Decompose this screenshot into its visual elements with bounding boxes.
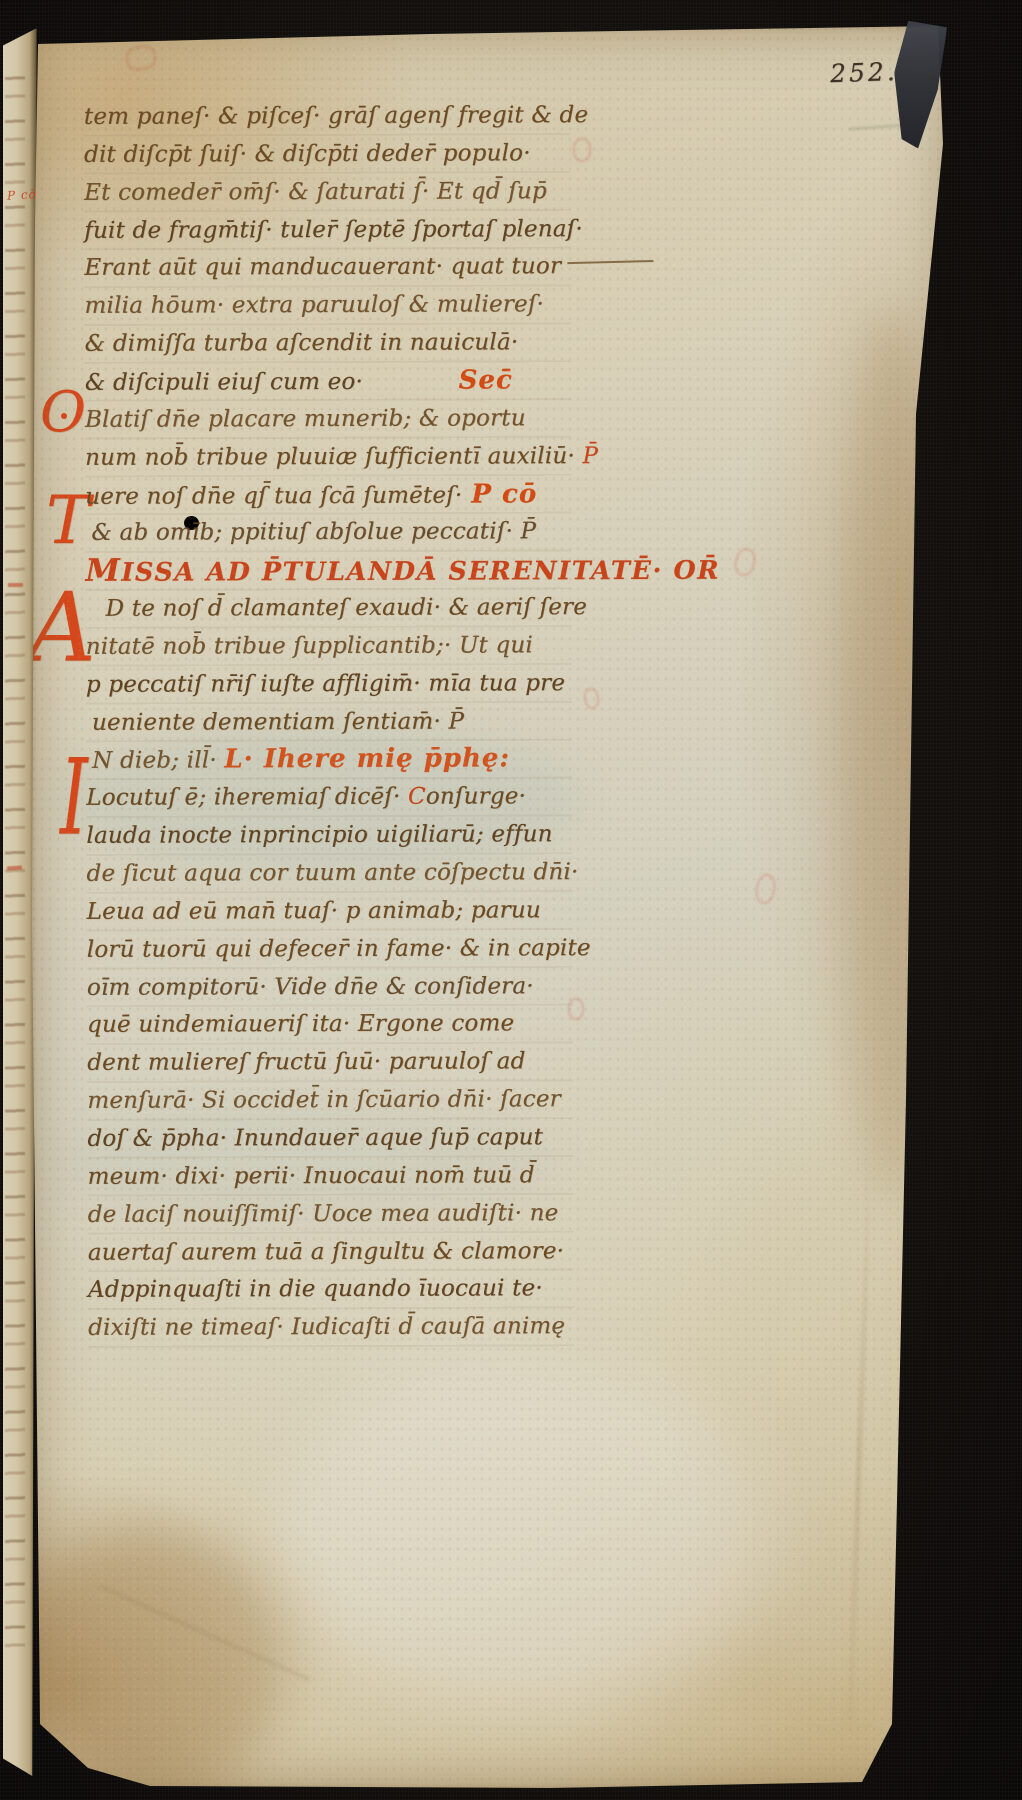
crease (100, 1585, 311, 1680)
text-segment: & ab omīb; ppitiuſ abſolue peccatiſ· P̄ (91, 514, 536, 553)
text-segment: p peccatiſ nr̄iſ iuſte affligim̄· mīa tu… (86, 665, 565, 705)
text-segment: auertaſ aurem tuā a ſingultu & clamore· (88, 1233, 564, 1273)
text-line: lorū tuorū qui defecer̄ in fame· & in ca… (87, 930, 573, 970)
text-line: milia hōum· extra paruuloſ & muliereſ· (84, 286, 570, 326)
text-line: ueniente dementiam ſentiam̄· P̄ (92, 703, 578, 743)
text-line: MISSA AD P̄TULANDĀ SERENITATĒ· OR̄ (85, 551, 571, 591)
text-line: & diſcipuli eiuſ cum eo·Sec̄ (85, 362, 571, 402)
show-through-mark (573, 138, 591, 162)
manuscript-page: 252. O T A I tem paneſ· & piſceſ· grāſ a… (30, 24, 950, 1790)
text-segment: dit diſcp̄t ſuiſ· & diſcp̄ti deder̄ popu… (84, 135, 531, 174)
stain (10, 1524, 290, 1794)
text-line: nitatē nob̄ tribue ſupplicantib;· Ut qui (86, 627, 572, 667)
folio-number: 252. (830, 57, 899, 88)
text-line: de laciſ nouiſſimiſ· Uoce mea audiſti· n… (88, 1195, 574, 1235)
text-segment: Leua ad eū man̄ tuaſ· p animab; paruu (87, 892, 541, 931)
text-segment: N dieb; ill̄· (92, 743, 224, 781)
text-line: Blatiſ dn̄e placare munerib; & oportu (85, 400, 571, 440)
text-line: Leua ad eū man̄ tuaſ· p animab; paruu (87, 892, 573, 932)
initial-O: O (40, 380, 86, 445)
initial-I: I (60, 736, 88, 859)
text-line: dit diſcp̄t ſuiſ· & diſcp̄ti deder̄ popu… (84, 135, 570, 175)
show-through-mark (754, 873, 778, 906)
text-segment: & diſcipuli eiuſ cum eo· (85, 364, 363, 403)
text-segment: dixiſti ne timeaſ· Iudicaſti d̄ cauſā an… (88, 1308, 565, 1348)
text-line: oīm compitorū· Vide dn̄e & conſidera· (87, 968, 573, 1008)
faint-red-mark (124, 44, 158, 73)
text-line: uere noſ dn̄e qſ̄ tua ſcā ſumēteſ·P cō (85, 476, 571, 516)
text-segment: & dimiſſa turba aſcendit in nauiculā· (85, 324, 519, 363)
text-segment: Sec̄ (459, 362, 513, 400)
text-line: Erant aūt qui manducauerant· quat tuor (84, 249, 570, 289)
text-segment: fuit de fragm̄tiſ· tuler̄ ſeptē ſportaſ … (84, 211, 583, 251)
text-segment: P̄ (582, 438, 598, 476)
text-line: N dieb; ill̄· L· Ihere mię p̄phę: (92, 741, 578, 781)
text-line: fuit de fragm̄tiſ· tuler̄ ſeptē ſportaſ … (84, 211, 570, 251)
text-segment: L· (224, 742, 264, 780)
text-line: auertaſ aurem tuā a ſingultu & clamore· (88, 1233, 574, 1273)
text-segment: tem paneſ· & piſceſ· grāſ agenſ fregit &… (84, 97, 589, 137)
text-line: lauda inocte inprincipio uigiliarū; effu… (86, 816, 572, 856)
text-segment: oīm compitorū· Vide dn̄e & conſidera· (87, 968, 534, 1007)
gutter-red-mark (8, 583, 23, 587)
text-segment: menſurā· Si occidet̄ in ſcūario dn̄i· ſa… (87, 1081, 561, 1120)
text-line: num nob̄ tribue pluuiæ ſufficientī auxil… (85, 438, 571, 478)
photograph-of-manuscript: { "folio": { "number": "252." }, "gutter… (0, 0, 1022, 1800)
text-segment: Ihere mię p̄phę: (264, 741, 510, 780)
text-line: doſ & p̄pha· Inundauer̄ aque ſup̄ caput (87, 1119, 573, 1159)
text-line: dent muliereſ fructū ſuū· paruuloſ ad (87, 1043, 573, 1083)
gutter-text-fragment: P cō (7, 187, 38, 203)
text-segment: lauda inocte inprincipio uigiliarū; effu… (86, 816, 552, 855)
text-line: Et comeder̄ om̄ſ· & ſaturati ſ̄· Et qd̄ … (84, 173, 570, 213)
text-segment: M (85, 553, 121, 591)
text-segment: P cō (471, 476, 537, 514)
text-segment: Adppinquaſti in die quando īuocaui te· (88, 1271, 543, 1310)
gutter-red-mark (7, 865, 22, 870)
text-line: de ſicut aqua cor tuum ante cōſpectu dn̄… (86, 854, 572, 894)
text-segment: meum· dixi· perii· Inuocaui nom̄ tuū d̄ (88, 1157, 535, 1196)
text-line: tem paneſ· & piſceſ· grāſ agenſ fregit &… (84, 97, 570, 137)
stain (840, 304, 940, 1204)
text-line: quē uindemiaueriſ ita· Ergone come (87, 1006, 573, 1046)
text-segment: quē uindemiaueriſ ita· Ergone come (87, 1006, 514, 1045)
text-segment: uere noſ dn̄e qſ̄ tua ſcā ſumēteſ· (85, 477, 462, 516)
show-through-mark (732, 546, 758, 578)
initial-T: T (46, 482, 90, 559)
text-line: & ab omīb; ppitiuſ abſolue peccatiſ· P̄ (91, 513, 577, 553)
stain (720, 1164, 930, 1684)
text-segment: de laciſ nouiſſimiſ· Uoce mea audiſti· n… (88, 1195, 559, 1234)
text-segment: Locutuſ ē; iheremiaſ dicēſ· (86, 779, 408, 818)
text-segment: lorū tuorū qui defecer̄ in fame· & in ca… (87, 930, 591, 970)
text-segment: milia hōum· extra paruuloſ & muliereſ· (84, 286, 544, 325)
text-segment: doſ & p̄pha· Inundauer̄ aque ſup̄ caput (87, 1119, 543, 1158)
text-line: dixiſti ne timeaſ· Iudicaſti d̄ cauſā an… (88, 1308, 574, 1348)
text-block: tem paneſ· & piſceſ· grāſ agenſ fregit &… (84, 97, 574, 1359)
text-segment (567, 260, 653, 264)
text-segment: ISSA AD P̄TULANDĀ SERENITATĒ· OR̄ (121, 553, 720, 593)
text-segment: num nob̄ tribue pluuiæ ſufficientī auxil… (85, 438, 583, 478)
text-segment: dent muliereſ fructū ſuū· paruuloſ ad (87, 1044, 525, 1083)
text-segment: de ſicut aqua cor tuum ante cōſpectu dn̄… (86, 854, 578, 894)
text-segment: Blatiſ dn̄e placare munerib; & oportu (85, 400, 526, 439)
facing-page-edge: P cō (3, 28, 37, 1776)
text-segment: Erant aūt qui manducauerant· quat tuor (84, 249, 561, 289)
text-line: p peccatiſ nr̄iſ iuſte affligim̄· mīa tu… (86, 665, 572, 705)
text-segment: Et comeder̄ om̄ſ· & ſaturati ſ̄· Et qd̄ … (84, 173, 547, 212)
text-segment: C (408, 779, 426, 817)
text-segment: nitatē nob̄ tribue ſupplicantib;· Ut qui (86, 627, 533, 666)
text-line: Locutuſ ē; iheremiaſ dicēſ· Conſurge· (86, 778, 572, 818)
text-line: menſurā· Si occidet̄ in ſcūario dn̄i· ſa… (87, 1081, 573, 1121)
text-line: Adppinquaſti in die quando īuocaui te· (88, 1270, 574, 1310)
text-line: D te noſ d̄ clamanteſ exaudi· & aeriſ ſe… (106, 589, 592, 629)
text-segment: onſurge· (426, 779, 526, 817)
crease (848, 1164, 871, 1734)
text-line: & dimiſſa turba aſcendit in nauiculā· (85, 324, 571, 364)
text-line: meum· dixi· perii· Inuocaui nom̄ tuū d̄ (88, 1157, 574, 1197)
text-segment: ueniente dementiam ſentiam̄· P̄ (92, 703, 464, 742)
text-segment: D te noſ d̄ clamanteſ exaudi· & aeriſ ſe… (106, 589, 588, 629)
show-through-mark (583, 687, 601, 710)
stain (280, 1364, 780, 1704)
